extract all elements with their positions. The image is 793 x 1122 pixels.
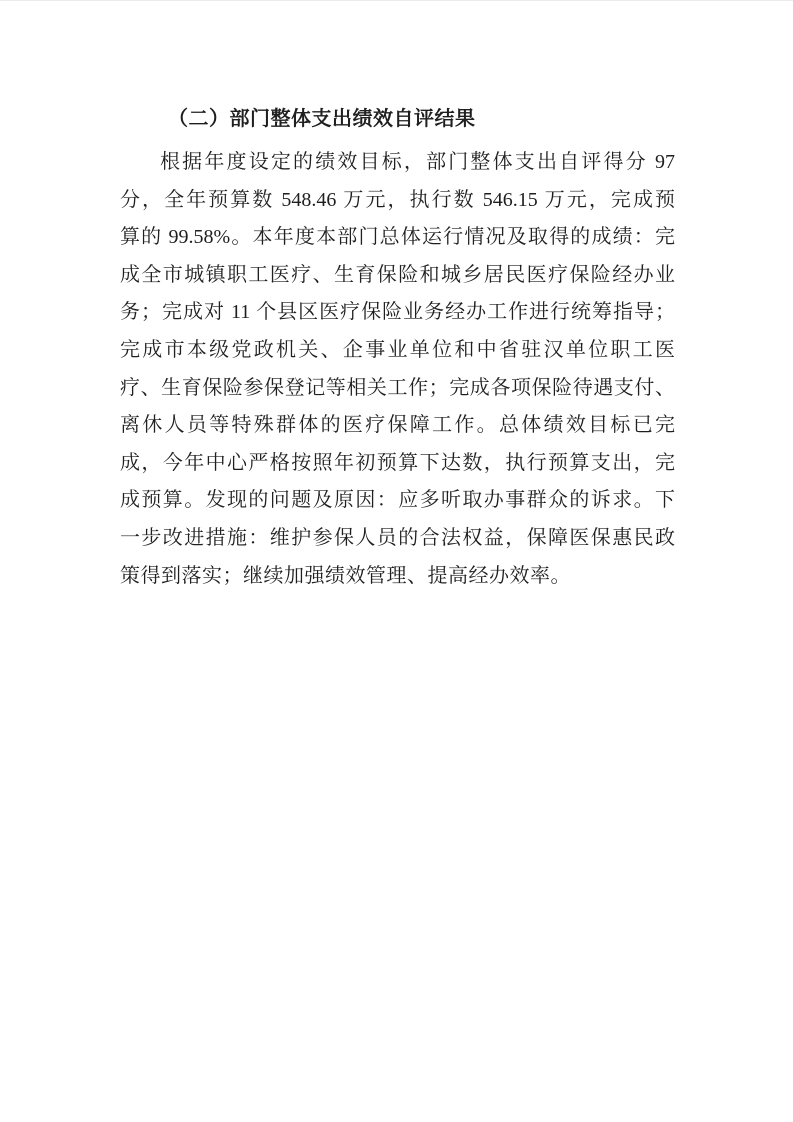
paragraph-line: 完成市本级党政机关、企事业单位和中省驻汉单位职工医 bbox=[120, 332, 675, 370]
document-page: （二）部门整体支出绩效自评结果 根据年度设定的绩效目标，部门整体支出自评得分 9… bbox=[0, 0, 793, 1122]
paragraph-line: 成，今年中心严格按照年初预算下达数，执行预算支出，完 bbox=[120, 445, 675, 483]
paragraph-line: 分，全年预算数 548.46 万元，执行数 546.15 万元，完成预 bbox=[120, 182, 675, 220]
paragraph-line: 策得到落实；继续加强绩效管理、提高经办效率。 bbox=[120, 558, 675, 596]
section-heading: （二）部门整体支出绩效自评结果 bbox=[120, 102, 675, 136]
paragraph-line: 疗、生育保险参保登记等相关工作；完成各项保险待遇支付、 bbox=[120, 370, 675, 408]
paragraph-line: 离休人员等特殊群体的医疗保障工作。总体绩效目标已完 bbox=[120, 407, 675, 445]
paragraph-line: 成预算。发现的问题及原因：应多听取办事群众的诉求。下 bbox=[120, 482, 675, 520]
paragraph-line: 成全市城镇职工医疗、生育保险和城乡居民医疗保险经办业 bbox=[120, 257, 675, 295]
paragraph-line: 一步改进措施：维护参保人员的合法权益，保障医保惠民政 bbox=[120, 520, 675, 558]
paragraph-line: 算的 99.58%。本年度本部门总体运行情况及取得的成绩：完 bbox=[120, 219, 675, 257]
paragraph-line: 务；完成对 11 个县区医疗保险业务经办工作进行统筹指导； bbox=[120, 294, 675, 332]
paragraph-line: 根据年度设定的绩效目标，部门整体支出自评得分 97 bbox=[120, 144, 675, 182]
paragraph: 根据年度设定的绩效目标，部门整体支出自评得分 97 分，全年预算数 548.46… bbox=[120, 144, 675, 595]
